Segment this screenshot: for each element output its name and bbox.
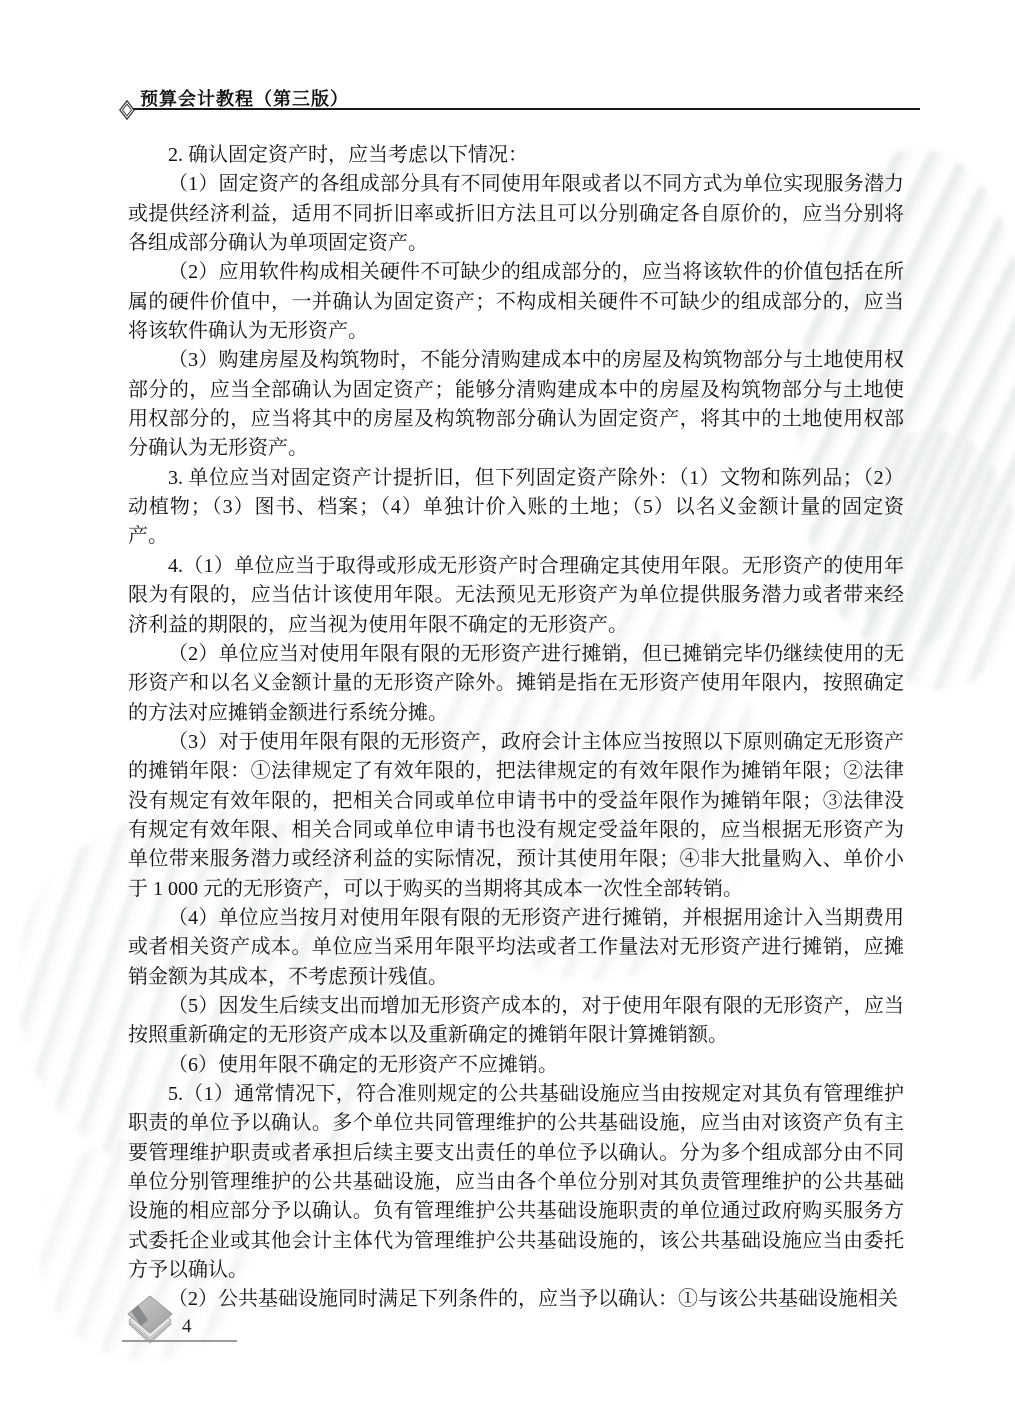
paragraph: 4.（1）单位应当于取得或形成无形资产时合理确定其使用年限。无形资产的使用年限为… [128,552,904,640]
paragraph: （1）固定资产的各组成部分具有不同使用年限或者以不同方式为单位实现服务潜力或提供… [128,170,904,258]
paragraph: （3）对于使用年限有限的无形资产，政府会计主体应当按照以下原则确定无形资产的摊销… [128,728,904,904]
paragraph: （3）购建房屋及构筑物时，不能分清购建成本中的房屋及构筑物部分与土地使用权部分的… [128,346,904,463]
header-rule [133,108,920,110]
document-body: 2. 确认固定资产时，应当考虑以下情况： （1）固定资产的各组成部分具有不同使用… [128,141,904,1315]
paragraph: （2）应用软件构成相关硬件不可缺少的组成部分的，应当将该软件的价值包括在所属的硬… [128,258,904,346]
paragraph: 3. 单位应当对固定资产计提折旧，但下列固定资产除外：（1）文物和陈列品；（2）… [128,464,904,552]
books-stack-icon [126,1295,174,1345]
diamond-icon [119,100,135,120]
page-number: 4 [182,1316,192,1338]
paragraph: （6）使用年限不确定的无形资产不应摊销。 [128,1051,904,1080]
footer-rule [122,1340,237,1342]
paragraph: （5）因发生后续支出而增加无形资产成本的，对于使用年限有限的无形资产，应当按照重… [128,992,904,1051]
paragraph: （4）单位应当按月对使用年限有限的无形资产进行摊销，并根据用途计入当期费用或者相… [128,904,904,992]
paragraph: 2. 确认固定资产时，应当考虑以下情况： [128,141,904,170]
paragraph: （2）单位应当对使用年限有限的无形资产进行摊销，但已摊销完毕仍继续使用的无形资产… [128,640,904,728]
paragraph: （2）公共基础设施同时满足下列条件的，应当予以确认：①与该公共基础设施相关 [128,1285,904,1314]
paragraph: 5.（1）通常情况下，符合准则规定的公共基础设施应当由按规定对其负有管理维护职责… [128,1080,904,1285]
